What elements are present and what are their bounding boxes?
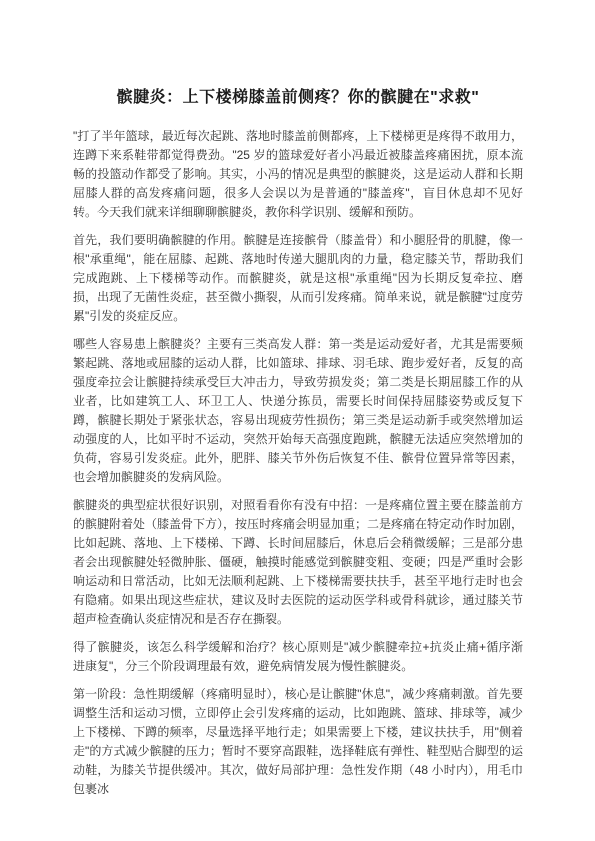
article-paragraph-intro: "打了半年篮球，最近每次起跳、落地时膝盖前侧都疼，上下楼梯更是疼得不敢用力，连蹲… — [73, 127, 523, 222]
article-title: 髌腱炎：上下楼梯膝盖前侧疼？你的髌腱在"求救" — [73, 86, 523, 110]
article-paragraph-tendon-function: 首先，我们要明确髌腱的作用。髌腱是连接髌骨（膝盖骨）和小腿胫骨的肌腱，像一根"承… — [73, 231, 523, 326]
document-page: 髌腱炎：上下楼梯膝盖前侧疼？你的髌腱在"求救" "打了半年篮球，最近每次起跳、落… — [0, 0, 595, 841]
article-paragraph-symptoms: 髌腱炎的典型症状很好识别，对照看看你有没有中招：一是疼痛位置主要在膝盖前方的髌腱… — [73, 496, 523, 629]
article-paragraph-treatment-principle: 得了髌腱炎，该怎么科学缓解和治疗？核心原则是"减少髌腱牵拉+抗炎止痛+循序渐进康… — [73, 638, 523, 676]
article-paragraph-stage-one: 第一阶段：急性期缓解（疼痛明显时），核心是让髌腱"休息"，减少疼痛刺激。首先要调… — [73, 685, 523, 799]
article-paragraph-risk-groups: 哪些人容易患上髌腱炎？主要有三类高发人群：第一类是运动爱好者，尤其是需要频繁起跳… — [73, 335, 523, 487]
